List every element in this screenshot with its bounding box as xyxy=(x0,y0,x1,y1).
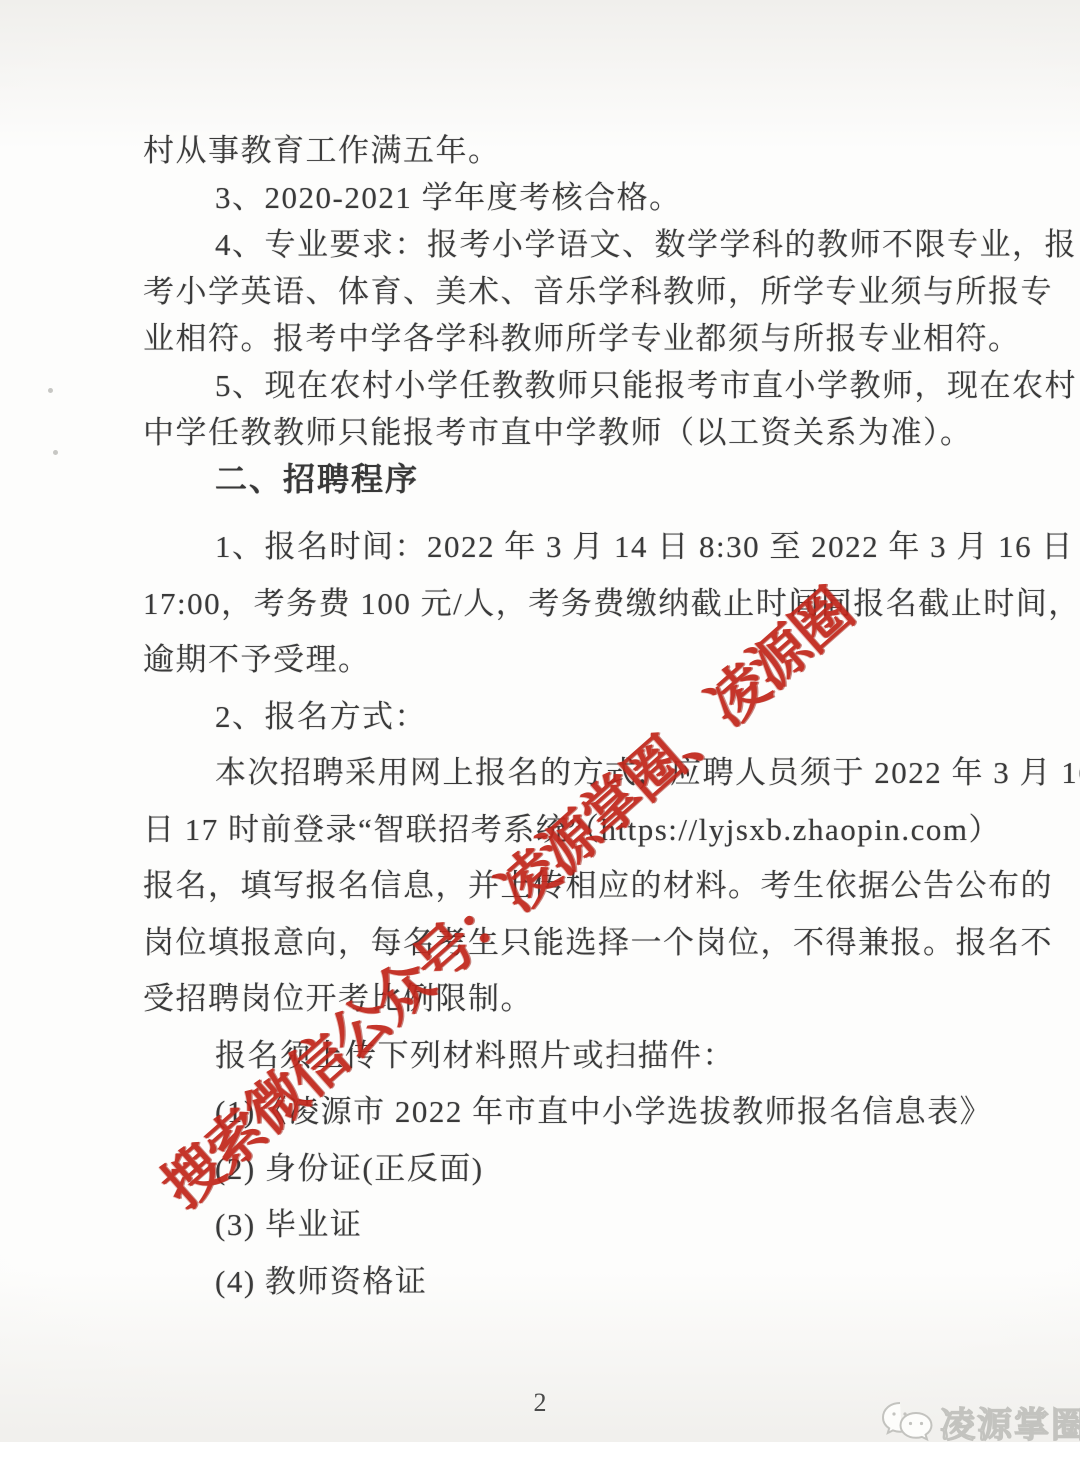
footer-logo-text: 凌源掌圈 xyxy=(940,1398,1080,1448)
document-line: 2、报名方式： xyxy=(143,689,1020,746)
document-line: 村从事教育工作满五年。 xyxy=(143,127,1020,174)
wechat-icon xyxy=(880,1399,934,1447)
document-line: 1、报名时间：2022 年 3 月 14 日 8:30 至 2022 年 3 月… xyxy=(143,519,1020,576)
footer-logo: 凌源掌圈 xyxy=(880,1398,1080,1448)
scan-artifact-dot xyxy=(48,388,53,393)
document-line: 17:00，考务费 100 元/人，考务费缴纳截止时间同报名截止时间， xyxy=(143,576,1020,633)
document-line: 5、现在农村小学任教教师只能报考市直小学教师，现在农村 xyxy=(143,362,1020,409)
scanned-document-page: 村从事教育工作满五年。3、2020-2021 学年度考核合格。4、专业要求：报考… xyxy=(0,0,1080,1478)
document-line: 考小学英语、体育、美术、音乐学科教师，所学专业须与所报专 xyxy=(143,268,1020,315)
section-recruitment-procedure: 1、报名时间：2022 年 3 月 14 日 8:30 至 2022 年 3 月… xyxy=(143,519,1020,1310)
document-line: 4、专业要求：报考小学语文、数学学科的教师不限专业，报 xyxy=(143,221,1020,268)
scan-artifact-dot xyxy=(53,450,58,455)
document-line: (4) 教师资格证 xyxy=(143,1254,1020,1311)
document-line: (3) 毕业证 xyxy=(143,1197,1020,1254)
document-line: 受招聘岗位开考比例限制。 xyxy=(143,971,1020,1028)
document-line: 中学任教教师只能报考市直中学教师（以工资关系为准）。 xyxy=(143,409,1020,456)
document-line: 逾期不予受理。 xyxy=(143,632,1020,689)
document-line: 业相符。报考中学各学科教师所学专业都须与所报专业相符。 xyxy=(143,315,1020,362)
section-heading: 二、招聘程序 xyxy=(143,456,1020,503)
document-line: 3、2020-2021 学年度考核合格。 xyxy=(143,174,1020,221)
document-line: 岗位填报意向，每名考生只能选择一个岗位，不得兼报。报名不 xyxy=(143,915,1020,972)
section-eligibility-requirements: 村从事教育工作满五年。3、2020-2021 学年度考核合格。4、专业要求：报考… xyxy=(143,127,1020,503)
